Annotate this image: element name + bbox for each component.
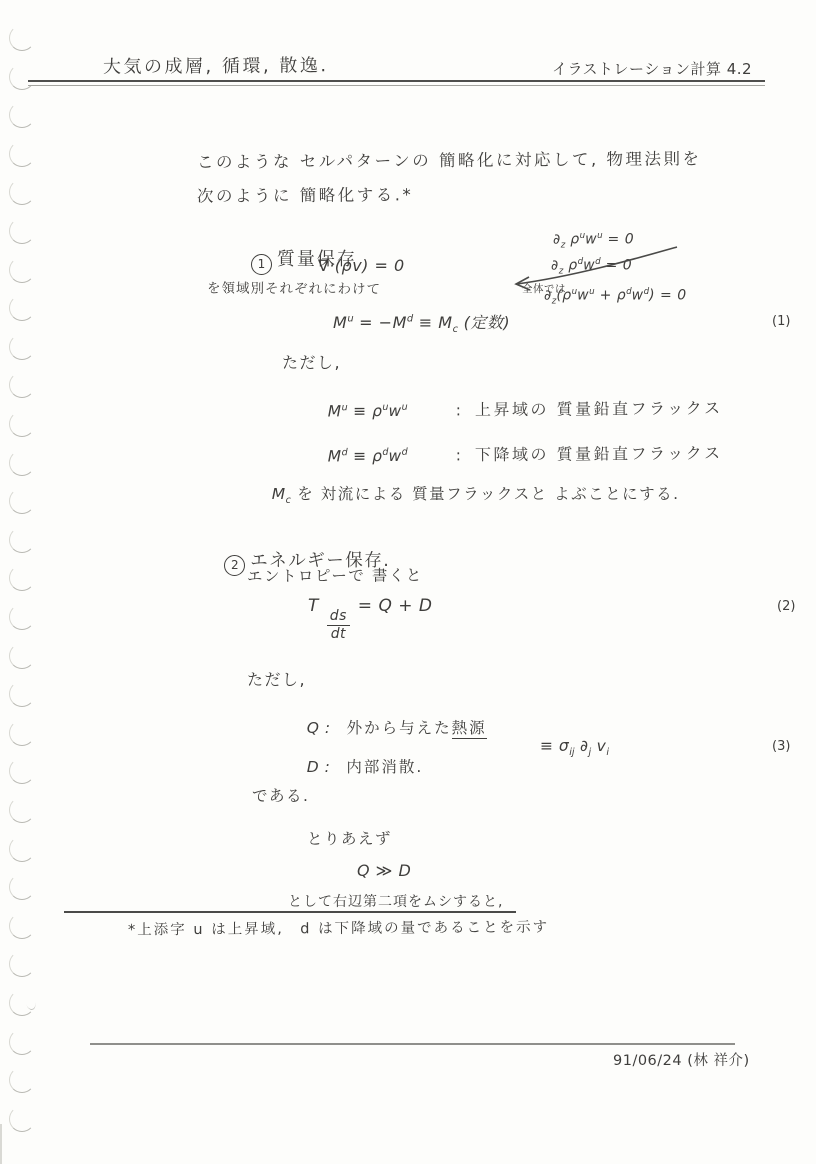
- punch-hole: [9, 1106, 35, 1132]
- entropy-note: エントロピーで 書くと: [247, 563, 423, 586]
- equation-number-3: (3): [772, 739, 790, 754]
- punch-hole: [9, 488, 35, 514]
- mc-symbol: Mc: [272, 485, 291, 503]
- d-description: 内部消散.: [346, 758, 423, 776]
- split-by-region-note: を領域別それぞれにわけて: [207, 276, 381, 297]
- punch-hole: [9, 25, 35, 51]
- circled-number-1: 1: [251, 254, 272, 275]
- mass-flux-equation: Mu = −Md ≡ Mc (定数): [333, 310, 510, 335]
- footer-rule: [90, 1043, 735, 1045]
- punch-hole: [9, 411, 35, 437]
- punch-hole: [9, 874, 35, 900]
- punch-hole: [9, 372, 35, 398]
- punch-hole: [9, 141, 35, 167]
- circled-number-2: 2: [224, 555, 245, 576]
- punch-hole: [9, 565, 35, 591]
- punch-hole: [9, 218, 35, 244]
- punch-hole: [9, 102, 35, 128]
- punch-hole: [9, 295, 35, 321]
- q-much-greater-than-d: Q ≫ D: [357, 861, 411, 880]
- definition-downdraft-lhs: Md ≡ ρdwd: [328, 446, 456, 465]
- punch-hole: [9, 951, 35, 977]
- toriaezu-lead: とりあえず: [307, 827, 392, 850]
- continuity-equation: ∇·(ρv) = 0: [318, 256, 405, 275]
- punch-hole: [9, 758, 35, 784]
- page-edge-shadow: [0, 1124, 2, 1164]
- intro-line-2: 次のように 簡略化する.*: [197, 181, 413, 207]
- dearu-closing: である.: [252, 784, 309, 806]
- q-description: 外から与えた: [347, 719, 452, 737]
- date-signature: 91/06/24 (林 祥介): [613, 1049, 750, 1070]
- entropy-equation: T dsdt = Q + D: [308, 596, 432, 642]
- punch-hole: [9, 836, 35, 862]
- equation-number-2: (2): [777, 599, 795, 614]
- neglect-second-term-line: として右辺第二項をムシすると,: [288, 891, 503, 911]
- definition-colon: :: [456, 446, 461, 464]
- punch-hole: [9, 257, 35, 283]
- intro-line-1: このような セルパターンの 簡略化に対応して, 物理法則を: [197, 145, 702, 173]
- definition-downdraft-desc: 下降域の 質量鉛直フラックス: [475, 444, 723, 465]
- definition-colon: :: [456, 401, 461, 419]
- punch-hole: [9, 527, 35, 553]
- punch-hole: [9, 1067, 35, 1093]
- mc-sentence-text: を 対流による 質量フラックスと よぶことにする.: [291, 485, 680, 503]
- punch-hole: [9, 179, 35, 205]
- q-symbol: Q :: [307, 719, 331, 737]
- header-underline: [28, 80, 765, 86]
- punch-hole: [9, 797, 35, 823]
- punch-hole: [9, 643, 35, 669]
- dissipation-equation: ≡ σij ∂j vi: [540, 737, 609, 758]
- punch-hole: [9, 450, 35, 476]
- punch-hole: [9, 720, 35, 746]
- definition-updraft-desc: 上昇域の 質量鉛直フラックス: [475, 399, 723, 420]
- q-description-underlined: 熱源: [452, 719, 487, 739]
- definition-updraft-lhs: Mu ≡ ρuwu: [328, 401, 456, 420]
- notebook-page: 大気の成層, 循環, 散逸. イラストレーション計算 4.2 このような セルパ…: [0, 0, 816, 1164]
- d-symbol: D :: [307, 758, 331, 776]
- punch-hole: [9, 334, 35, 360]
- page-title: 大気の成層, 循環, 散逸.: [103, 51, 329, 79]
- equation-number-1: (1): [772, 314, 790, 329]
- punch-hole: [9, 913, 35, 939]
- tadashi-note-2: ただし,: [247, 667, 306, 690]
- tadashi-note-1: ただし,: [282, 350, 341, 373]
- curved-arrow-annotation: [503, 240, 681, 296]
- punch-hole: [9, 681, 35, 707]
- convective-flux-naming-sentence: Mc を 対流による 質量フラックスと よぶことにする.: [252, 464, 680, 524]
- course-label: イラストレーション計算 4.2: [552, 58, 752, 79]
- footnote-divider: [64, 911, 516, 913]
- punch-hole: [9, 604, 35, 630]
- punch-hole: [9, 1029, 35, 1055]
- footnote-text: *上添字 u は上昇域, d は下降域の量であることを示す: [128, 916, 549, 940]
